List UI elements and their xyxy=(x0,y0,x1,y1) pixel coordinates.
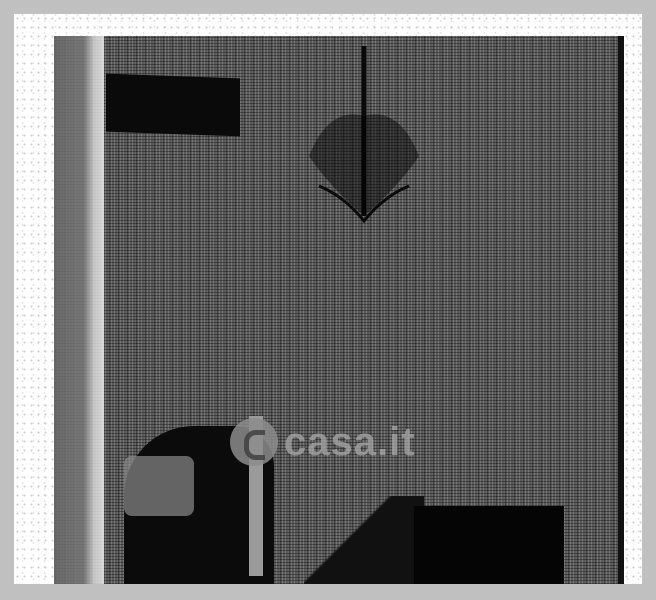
watermark: casa.it xyxy=(230,418,416,466)
dark-furniture xyxy=(414,506,564,584)
scanned-page xyxy=(14,14,642,584)
photo-edge xyxy=(618,36,624,584)
left-wall xyxy=(54,36,104,584)
casa-logo-icon xyxy=(230,418,278,466)
chandelier-icon xyxy=(289,46,439,246)
watermark-text: casa.it xyxy=(284,420,416,465)
armchair-highlight xyxy=(124,456,194,516)
dark-wall-panel xyxy=(106,74,240,137)
room-photo xyxy=(54,36,624,584)
side-table xyxy=(304,496,424,584)
